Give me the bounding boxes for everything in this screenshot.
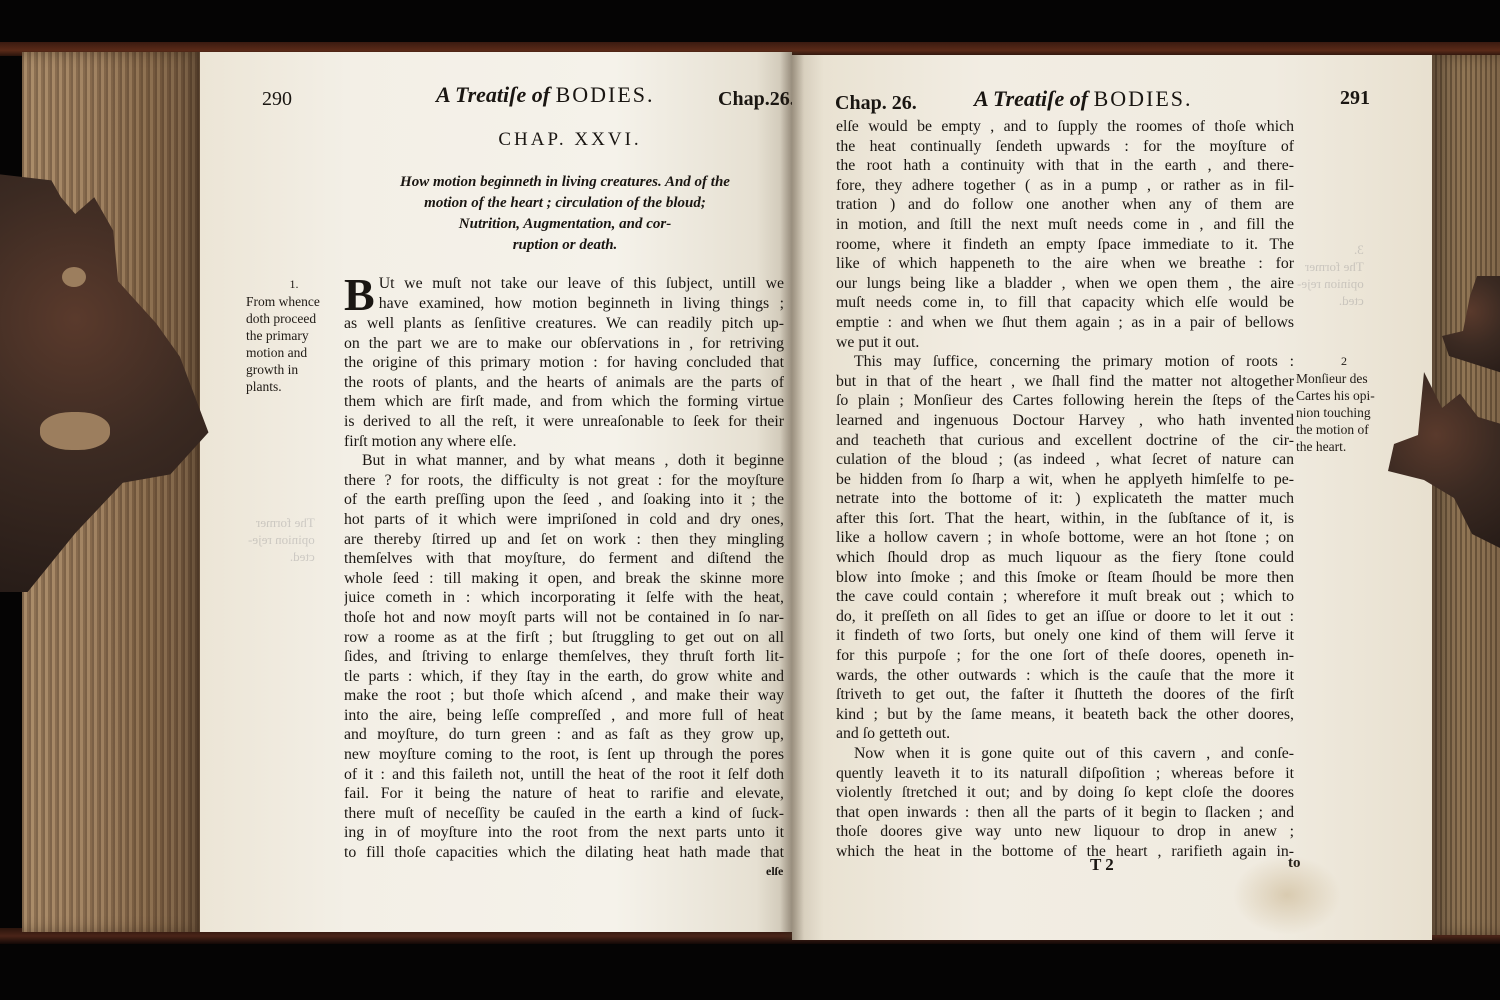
show-through-text: The former opinion reje- cted. <box>248 514 315 565</box>
left-page-body: B Ut we muſt not take our leave of this … <box>344 274 784 863</box>
gutter-shadow <box>780 52 804 940</box>
margin-note-2: 2 Monſieur des Cartes his opi- nion touc… <box>1296 353 1392 455</box>
right-page-body: elſe would be empty , and to ſupply the … <box>836 117 1294 862</box>
signature-mark: T 2 <box>1090 855 1114 875</box>
chapter-ref-right: Chap. 26. <box>835 92 917 115</box>
running-head-left: A Treatiſe of BODIES. <box>436 82 655 108</box>
page-number-right: 291 <box>1340 87 1370 110</box>
right-page: Chap. 26. A Treatiſe of BODIES. 291 elſe… <box>792 55 1432 940</box>
drop-cap: B <box>344 276 375 314</box>
margin-note-1: 1. From whence doth proceed the primary … <box>246 276 342 395</box>
left-page: 290 A Treatiſe of BODIES. Chap.26. CHAP.… <box>200 52 792 932</box>
running-head-right: A Treatiſe of BODIES. <box>974 86 1193 112</box>
page-number-left: 290 <box>262 88 292 111</box>
paper-stain <box>1232 855 1342 935</box>
show-through-note: 3. The former opinion reje- cted. <box>1297 241 1364 309</box>
chapter-summary: How motion beginneth in living creatures… <box>370 172 760 256</box>
